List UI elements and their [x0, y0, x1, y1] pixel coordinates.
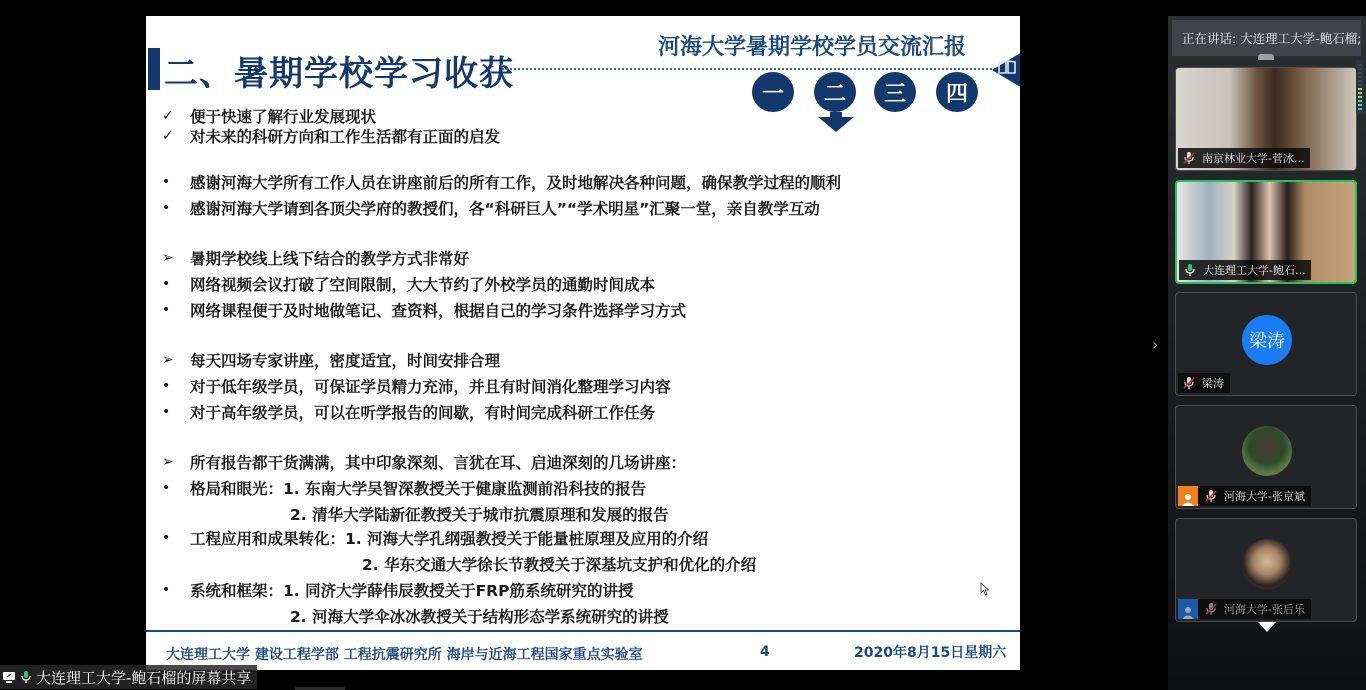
bullet-line: ➢暑期学校线上线下结合的教学方式非常好 — [160, 246, 469, 270]
participant-panel: 正在讲话: 大连理工大学-鲍石榴; 南京林业大学-菅冰... 大连理工大学-鲍石… — [1168, 16, 1366, 690]
footer-date: 2020年8月15日星期六 — [854, 642, 1006, 662]
avatar — [1242, 539, 1292, 589]
mic-muted-icon — [1204, 602, 1218, 616]
bullet-line: •网络课程便于及时地做笔记、查资料，根据自己的学习条件选择学习方式 — [160, 298, 686, 322]
bullet-line: •感谢河海大学所有工作人员在讲座前后的所有工作，及时地解决各种问题，确保教学过程… — [160, 170, 841, 194]
slide-title: 二、暑期学校学习收获 — [164, 46, 514, 95]
user-badge-icon — [1178, 599, 1198, 619]
avatar-initials: 梁涛 — [1242, 315, 1292, 365]
mic-muted-icon — [1182, 376, 1196, 390]
section-tab-3[interactable]: 三 — [874, 72, 916, 112]
section-tab-2[interactable]: 二 — [814, 72, 856, 112]
mouse-cursor-icon — [980, 582, 990, 596]
scroll-down-arrow-icon[interactable] — [1258, 622, 1276, 632]
avatar — [1242, 426, 1292, 476]
participant-name-tag: 梁涛 — [1178, 373, 1230, 393]
bullet-line: ✓对未来的科研方向和工作生活都有正面的启发 — [160, 124, 500, 148]
bullet-line: •格局和眼光：1. 东南大学吴智深教授关于健康监测前沿科技的报告 — [160, 476, 646, 500]
bullet-line: ➢所有报告都干货满满，其中印象深刻、言犹在耳、启迪深刻的几场讲座： — [160, 450, 686, 474]
panel-toggle-chevron-icon[interactable]: › — [1152, 335, 1158, 354]
report-title: 河海大学暑期学校学员交流汇报 — [658, 30, 966, 61]
participant-name-tag: 河海大学-张后乐 — [1178, 599, 1311, 619]
user-badge-icon — [1178, 486, 1198, 506]
mic-muted-icon — [1182, 151, 1196, 165]
title-divider — [502, 68, 1000, 70]
participant-name-tag: 河海大学-张京斌 — [1178, 486, 1311, 506]
mic-active-icon — [1183, 263, 1197, 277]
share-owner-label: 大连理工大学-鲍石榴的屏幕共享 — [36, 667, 251, 688]
bullet-subline: 2. 清华大学陆新征教授关于城市抗震原理和发展的报告 — [160, 502, 669, 526]
screen-share-label: 大连理工大学-鲍石榴的屏幕共享 — [0, 665, 257, 689]
participant-name-tag: 大连理工大学-鲍石... — [1179, 260, 1311, 280]
footer-organization: 大连理工大学 建设工程学部 工程抗震研究所 海岸与近海工程国家重点实验室 — [166, 644, 643, 664]
mic-icon — [19, 670, 33, 684]
meeting-window: 二、暑期学校学习收获 河海大学暑期学校学员交流汇报 一 二 三 四 ✓便于快速了… — [0, 0, 1366, 690]
mic-muted-icon — [1204, 489, 1218, 503]
participant-tile[interactable]: 梁涛 梁涛 — [1175, 292, 1357, 396]
footer-divider — [146, 630, 1020, 632]
participant-tile-active-speaker[interactable]: 大连理工大学-鲍石... — [1175, 180, 1357, 284]
participant-tile[interactable]: 河海大学-张京斌 — [1175, 405, 1357, 509]
participant-name-tag: 南京林业大学-菅冰... — [1178, 148, 1310, 168]
bullet-subline: 2. 河海大学伞冰冰教授关于结构形态学系统研究的讲授 — [160, 604, 669, 628]
screen-share-icon — [2, 670, 16, 684]
section-tab-1[interactable]: 一 — [752, 72, 794, 112]
bullet-line: •对于高年级学员，可以在听学报告的间歇，有时间完成科研工作任务 — [160, 400, 655, 424]
book-icon — [998, 60, 1018, 74]
participant-tile[interactable]: 河海大学-张后乐 — [1175, 518, 1357, 622]
page-number: 4 — [760, 644, 770, 660]
bullet-line: •系统和框架：1. 同济大学薛伟辰教授关于FRP筋系统研究的讲授 — [160, 578, 633, 602]
participant-tile[interactable]: 南京林业大学-菅冰... — [1175, 67, 1357, 171]
shared-screen-slide: 二、暑期学校学习收获 河海大学暑期学校学员交流汇报 一 二 三 四 ✓便于快速了… — [146, 16, 1020, 670]
bullet-subline: 2. 华东交通大学徐长节教授关于深基坑支护和优化的介绍 — [160, 552, 756, 576]
title-accent-bar — [148, 48, 160, 90]
banner-notch — [1258, 54, 1274, 60]
current-section-arrow-icon — [818, 112, 854, 132]
bullet-line: ➢每天四场专家讲座，密度适宜，时间安排合理 — [160, 348, 500, 372]
section-tab-4[interactable]: 四 — [936, 72, 978, 112]
bullet-line: •感谢河海大学请到各顶尖学府的教授们，各“科研巨人”“学术明星”汇聚一堂，亲自教… — [160, 196, 820, 220]
audio-level-meter — [1356, 60, 1364, 114]
bullet-line: •对于低年级学员，可保证学员精力充沛，并且有时间消化整理学习内容 — [160, 374, 671, 398]
active-speaker-banner: 正在讲话: 大连理工大学-鲍石榴; — [1172, 20, 1361, 56]
bullet-line: •网络视频会议打破了空间限制，大大节约了外校学员的通勤时间成本 — [160, 272, 655, 296]
bullet-line: •工程应用和成果转化：1. 河海大学孔纲强教授关于能量桩原理及应用的介绍 — [160, 526, 708, 550]
